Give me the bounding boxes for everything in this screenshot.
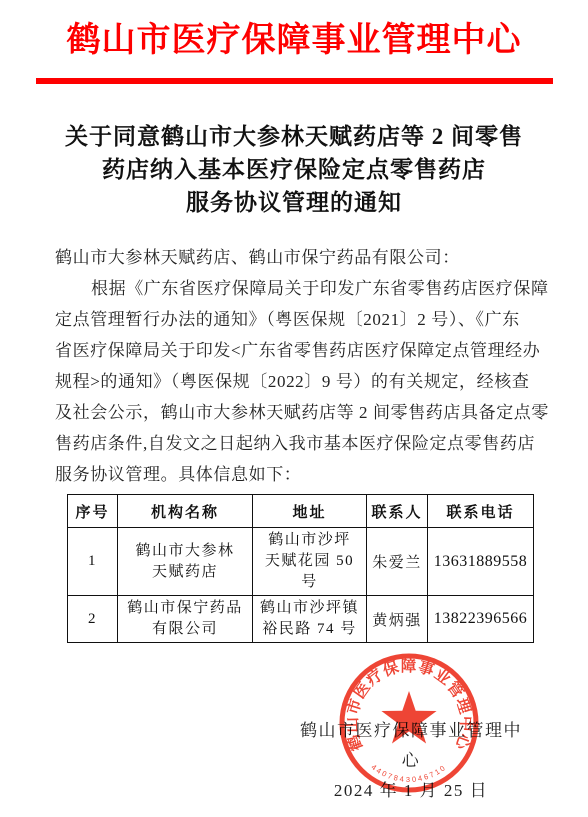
col-header-address: 地址: [253, 495, 367, 528]
table-row: 1 鹤山市大参林 天赋药店 鹤山市沙坪 天赋花园 50 号 朱爱兰 136318…: [68, 528, 534, 596]
cell-address: 鹤山市沙坪镇 裕民路 74 号: [253, 596, 367, 643]
signature-block: 鹤山市医疗保障事业管理中心 2024 年 1 月 25 日: [293, 716, 529, 806]
cell-seq: 2: [68, 596, 118, 643]
col-header-phone: 联系电话: [428, 495, 534, 528]
body-line: 服务协议管理。具体信息如下：: [55, 459, 535, 490]
col-header-contact: 联系人: [367, 495, 428, 528]
notice-title-line: 关于同意鹤山市大参林天赋药店等 2 间零售: [30, 120, 558, 153]
col-header-org: 机构名称: [118, 495, 253, 528]
cell-org: 鹤山市保宁药品 有限公司: [118, 596, 253, 643]
cell-org: 鹤山市大参林 天赋药店: [118, 528, 253, 596]
table-header-row: 序号 机构名称 地址 联系人 联系电话: [68, 495, 534, 528]
pharmacy-info-table: 序号 机构名称 地址 联系人 联系电话 1 鹤山市大参林 天赋药店 鹤山市沙坪 …: [67, 494, 534, 643]
letterhead-divider: [36, 78, 553, 84]
notice-title: 关于同意鹤山市大参林天赋药店等 2 间零售 药店纳入基本医疗保险定点零售药店 服…: [30, 120, 558, 219]
notice-body: 鹤山市大参林天赋药店、鹤山市保宁药品有限公司： 根据《广东省医疗保障局关于印发广…: [55, 242, 535, 490]
agency-letterhead-title: 鹤山市医疗保障事业管理中心: [0, 12, 588, 61]
body-line: 售药店条件,自发文之日起纳入我市基本医疗保险定点零售药店: [55, 428, 535, 459]
document-page: 鹤山市医疗保障事业管理中心 关于同意鹤山市大参林天赋药店等 2 间零售 药店纳入…: [0, 0, 588, 817]
signature-date: 2024 年 1 月 25 日: [293, 776, 529, 806]
body-line: 规程>的通知》（粤医保规〔2022〕9 号）的有关规定，经核查: [55, 366, 535, 397]
notice-title-line: 服务协议管理的通知: [30, 186, 558, 219]
body-line: 省医疗保障局关于印发<广东省零售药店医疗保障定点管理经办: [55, 335, 535, 366]
cell-contact: 黄炳强: [367, 596, 428, 643]
cell-address: 鹤山市沙坪 天赋花园 50 号: [253, 528, 367, 596]
cell-phone: 13631889558: [428, 528, 534, 596]
cell-phone: 13822396566: [428, 596, 534, 643]
table-row: 2 鹤山市保宁药品 有限公司 鹤山市沙坪镇 裕民路 74 号 黄炳强 13822…: [68, 596, 534, 643]
col-header-seq: 序号: [68, 495, 118, 528]
salutation-line: 鹤山市大参林天赋药店、鹤山市保宁药品有限公司：: [55, 242, 535, 273]
body-line: 及社会公示，鹤山市大参林天赋药店等 2 间零售药店具备定点零: [55, 397, 535, 428]
cell-contact: 朱爱兰: [367, 528, 428, 596]
body-line: 根据《广东省医疗保障局关于印发广东省零售药店医疗保障: [55, 273, 535, 304]
signature-org: 鹤山市医疗保障事业管理中心: [293, 716, 529, 776]
body-line: 定点管理暂行办法的通知》（粤医保规〔2021〕2 号）、《广东: [55, 304, 535, 335]
cell-seq: 1: [68, 528, 118, 596]
notice-title-line: 药店纳入基本医疗保险定点零售药店: [30, 153, 558, 186]
